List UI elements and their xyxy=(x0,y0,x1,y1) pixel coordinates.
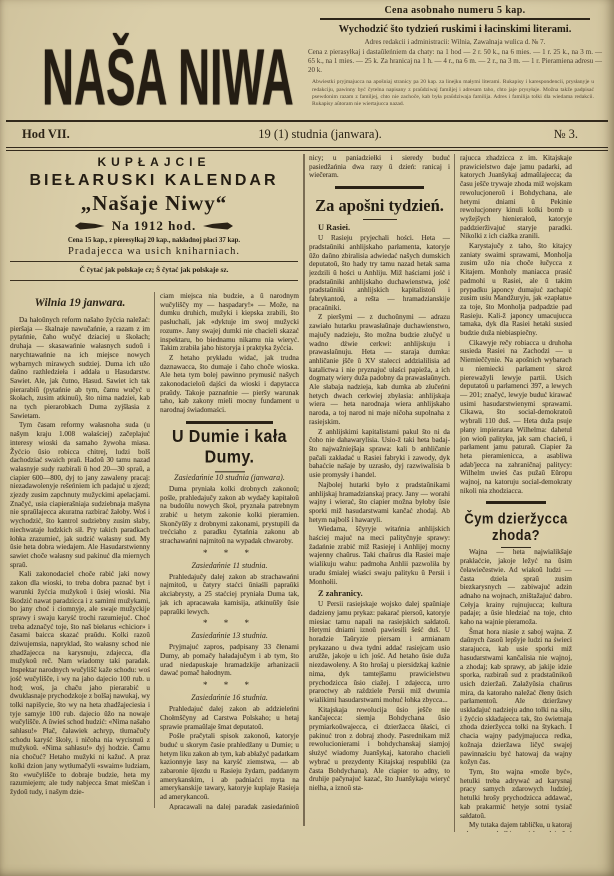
paragraph: Tym, što wajna «može być», hetulki treba… xyxy=(460,768,572,820)
zhoda-headline: Čym dzieržycca zhoda? xyxy=(460,510,572,548)
issue-number: № 3. xyxy=(458,127,608,142)
calendar-advertisement: KUPŁAJCIE BIEŁARUSKI KALENDAR „Našaje Ni… xyxy=(10,152,298,281)
section-rule xyxy=(486,501,546,504)
ad-buy-line: KUPŁAJCIE xyxy=(10,155,298,169)
ad-year-line: Na 1912 hod. xyxy=(112,218,197,234)
paragraph: Wiedama, ščyryje witańnia anhlijskich ha… xyxy=(309,525,450,586)
paragraph: U Rasieju pryjechali hości. Heta — prads… xyxy=(309,234,450,312)
text-column-4: rajucca zhadzicca z im. Kitajskaje prawi… xyxy=(460,154,572,832)
session-subhead: Zasiedańnie 16 studnia. xyxy=(160,693,299,702)
section-rule xyxy=(186,421,273,424)
paragraph: Pryjmajuć zapros, padpisany 33 čłenami D… xyxy=(160,643,299,678)
publication-slogan: Wychodzić što tydzień ruskimi i łacinski… xyxy=(306,24,604,35)
session-subhead: Zasiedańnie 13 studnia. xyxy=(160,631,299,640)
column-divider xyxy=(454,154,455,832)
pronunciation-note: Č čytać jak polskaje cz; Š čytać jak pol… xyxy=(10,261,298,274)
paragraph: Apracawali na dalej paradak zasiedańnioŭ… xyxy=(160,803,299,810)
paragraph: Z anhlijskimi kapitalistami pakul što ni… xyxy=(309,428,450,480)
paragraph: Tym časam reformy wałasnoha suda (u našy… xyxy=(10,421,150,569)
duma-headline: U Dumie i kała Dumy. xyxy=(160,427,299,472)
paragraph: Wajna — heta najwialikšaje prakłaćcie, j… xyxy=(460,548,572,626)
paragraph-continued: nicy; u paniadziełki i sieredy buduć pas… xyxy=(309,154,450,180)
paragraph: Cikawyje rečy robiacca u druhoha susieda… xyxy=(460,339,572,496)
ad-product-line: BIEŁARUSKI KALENDAR xyxy=(10,172,298,190)
star-separator: * * * xyxy=(160,681,299,690)
paragraph: Duma pryniała kolki drobnych zakonoŭ; po… xyxy=(160,485,299,546)
paragraph: Pośle pračytali spisok zakonoŭ, katoryje… xyxy=(160,732,299,802)
submission-fineprint: Abwiestki pryjmajucca na apošniaj strani… xyxy=(306,79,604,109)
editorial-address: Adres redakcii i administracii: Wilnia, … xyxy=(306,38,604,46)
page-body: KUPŁAJCIE BIEŁARUSKI KALENDAR „Našaje Ni… xyxy=(8,152,606,876)
header-info-block: Cena asobnaho numeru 5 kap. Wychodzić št… xyxy=(306,5,604,109)
ornament-arrow-icon xyxy=(203,222,233,230)
paragraph: Z pieršymi — z duchoŭnymi — adrazu zawia… xyxy=(309,313,450,426)
paragraph: Prahledajučy dalej zakon ab strachawańni… xyxy=(160,573,299,617)
paragraph-continued: ciam miejsca nia budzie, a ŭ narodnym wu… xyxy=(160,292,299,353)
volume-label: Hod VII. xyxy=(6,127,182,142)
paragraph: Da hałoŭnych reform našaho žyćcia naleža… xyxy=(10,316,150,420)
paragraph: Najbolej hutarki było z pradstaŭnikami a… xyxy=(309,481,450,525)
paragraph: U Persii rasiejskaje wojsko dalej spaŭni… xyxy=(309,600,450,704)
session-subhead: Zasiedańnie 10 studnia (janwara). xyxy=(160,473,299,482)
star-separator: * * * xyxy=(160,549,299,558)
editorial-title: Wilnia 19 janwara. xyxy=(10,297,150,309)
paragraph: Kali zakonodaciel choče rabić jaki nowy … xyxy=(10,570,150,796)
ad-sale-line: Pradajecca wa usich kniharniach. xyxy=(10,246,298,257)
paragraph: Šmat hora niasie z saboj wajna. Z daŭnyc… xyxy=(460,628,572,767)
column-divider xyxy=(154,292,155,808)
paragraph: Prahledajuć dalej zakon ab addzieleńni C… xyxy=(160,705,299,731)
paragraph: My tutaka dajem tabličku, u katoraj paka… xyxy=(460,821,572,832)
subscription-rates: Cena z pierasyłkaj i dastaŭleńniem da ch… xyxy=(306,48,604,75)
paragraph: Kitajskaja rewolucija ŭsio ješče nie kan… xyxy=(309,706,450,793)
ad-price-line: Cena 15 kap., z pieresyłkaj 20 kap., nak… xyxy=(10,237,298,244)
paragraph-continued: rajucca zhadzicca z im. Kitajskaje prawi… xyxy=(460,154,572,241)
week-headline: Za apošni tydzień. xyxy=(309,196,450,220)
newspaper-page: NAŠA NIWA Cena asobnaho numeru 5 kap. Wy… xyxy=(0,0,614,876)
star-separator: * * * xyxy=(160,619,299,628)
issue-price-line: Cena asobnaho numeru 5 kap. xyxy=(320,5,590,20)
center-divider xyxy=(303,154,305,826)
paragraph: Karystajučy z taho, što kitajcy zaniaty … xyxy=(460,242,572,338)
dateline-bar: Hod VII. 19 (1) studnia (janwara). № 3. xyxy=(6,120,608,151)
issue-date: 19 (1) studnia (janwara). xyxy=(182,127,458,142)
text-column-3: nicy; u paniadziełki i sieredy buduć pas… xyxy=(309,154,450,806)
section-rule xyxy=(335,186,424,189)
section-subhead: U Rasiei. xyxy=(309,223,450,232)
masthead-title: NAŠA NIWA xyxy=(42,32,294,124)
session-subhead: Zasiedańnie 11 studnia. xyxy=(160,561,299,570)
paragraph: Z hetaho prykładu widać, jak trudna dazn… xyxy=(160,354,299,415)
ad-year-row: Na 1912 hod. xyxy=(10,218,298,234)
section-subhead: Z zahranicy. xyxy=(309,589,450,598)
ad-title: „Našaje Niwy“ xyxy=(10,191,298,216)
text-column-1: Wilnia 19 janwara.Da hałoŭnych reform na… xyxy=(10,292,150,810)
ornament-arrow-icon xyxy=(75,222,105,230)
text-column-2: ciam miejsca nia budzie, a ŭ narodnym wu… xyxy=(160,292,299,810)
